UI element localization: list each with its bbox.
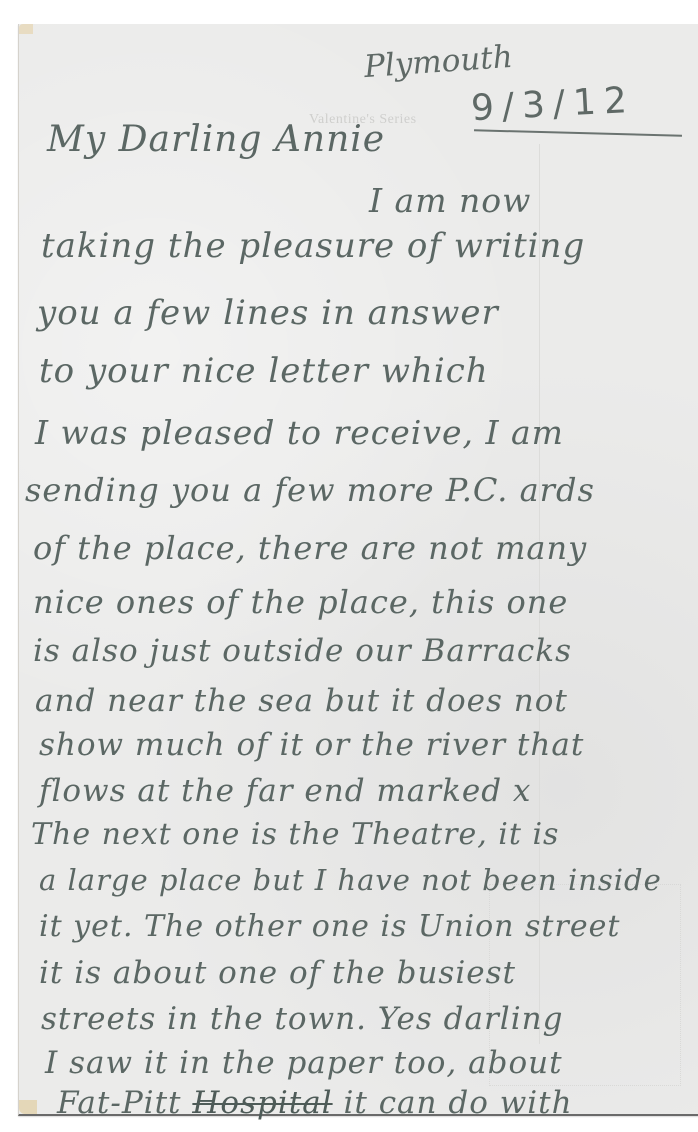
date-underline xyxy=(474,129,682,136)
corner-wear-top xyxy=(19,24,33,34)
letter-line-15: it yet. The other one is Union street xyxy=(39,912,620,942)
letter-line-8: nice ones of the place, this one xyxy=(33,586,568,618)
letter-line-5: I was pleased to receive, I am xyxy=(35,416,564,449)
letter-line-14: a large place but I have not been inside xyxy=(39,866,662,895)
letter-line-17: streets in the town. Yes darling xyxy=(41,1004,563,1035)
last-line-text-before: Fat-Pitt xyxy=(57,1085,192,1121)
letter-line-12: flows at the far end marked x xyxy=(39,776,531,807)
letter-line-1: I am now xyxy=(369,184,531,217)
letter-line-7: of the place, there are not many xyxy=(33,532,587,564)
salutation: My Darling Annie xyxy=(47,122,385,158)
letter-line-3: you a few lines in answer xyxy=(37,296,499,330)
corner-wear-bottom xyxy=(19,1100,37,1114)
letter-line-10: and near the sea but it does not xyxy=(35,686,568,717)
last-line-text-after: it can do with xyxy=(333,1085,573,1121)
letter-place: Plymouth xyxy=(363,39,514,85)
letter-line-11: show much of it or the river that xyxy=(39,730,584,761)
letter-date: 9/3/12 xyxy=(470,80,636,130)
letter-line-9: is also just outside our Barracks xyxy=(33,636,572,667)
letter-line-13: The next one is the Theatre, it is xyxy=(31,820,559,850)
letter-line-16: it is about one of the busiest xyxy=(39,958,516,989)
letter-line-19: Fat-Pitt Hospital it can do with xyxy=(57,1088,573,1119)
letter-line-6: sending you a few more P.C. ards xyxy=(25,474,595,506)
letter-line-4: to your nice letter which xyxy=(39,354,489,388)
postcard: Valentine's Series Plymouth 9/3/12 My Da… xyxy=(18,24,698,1116)
letter-line-18: I saw it in the paper too, about xyxy=(45,1048,563,1079)
struck-word: Hospital xyxy=(192,1085,332,1121)
letter-line-2: taking the pleasure of writing xyxy=(41,229,585,263)
